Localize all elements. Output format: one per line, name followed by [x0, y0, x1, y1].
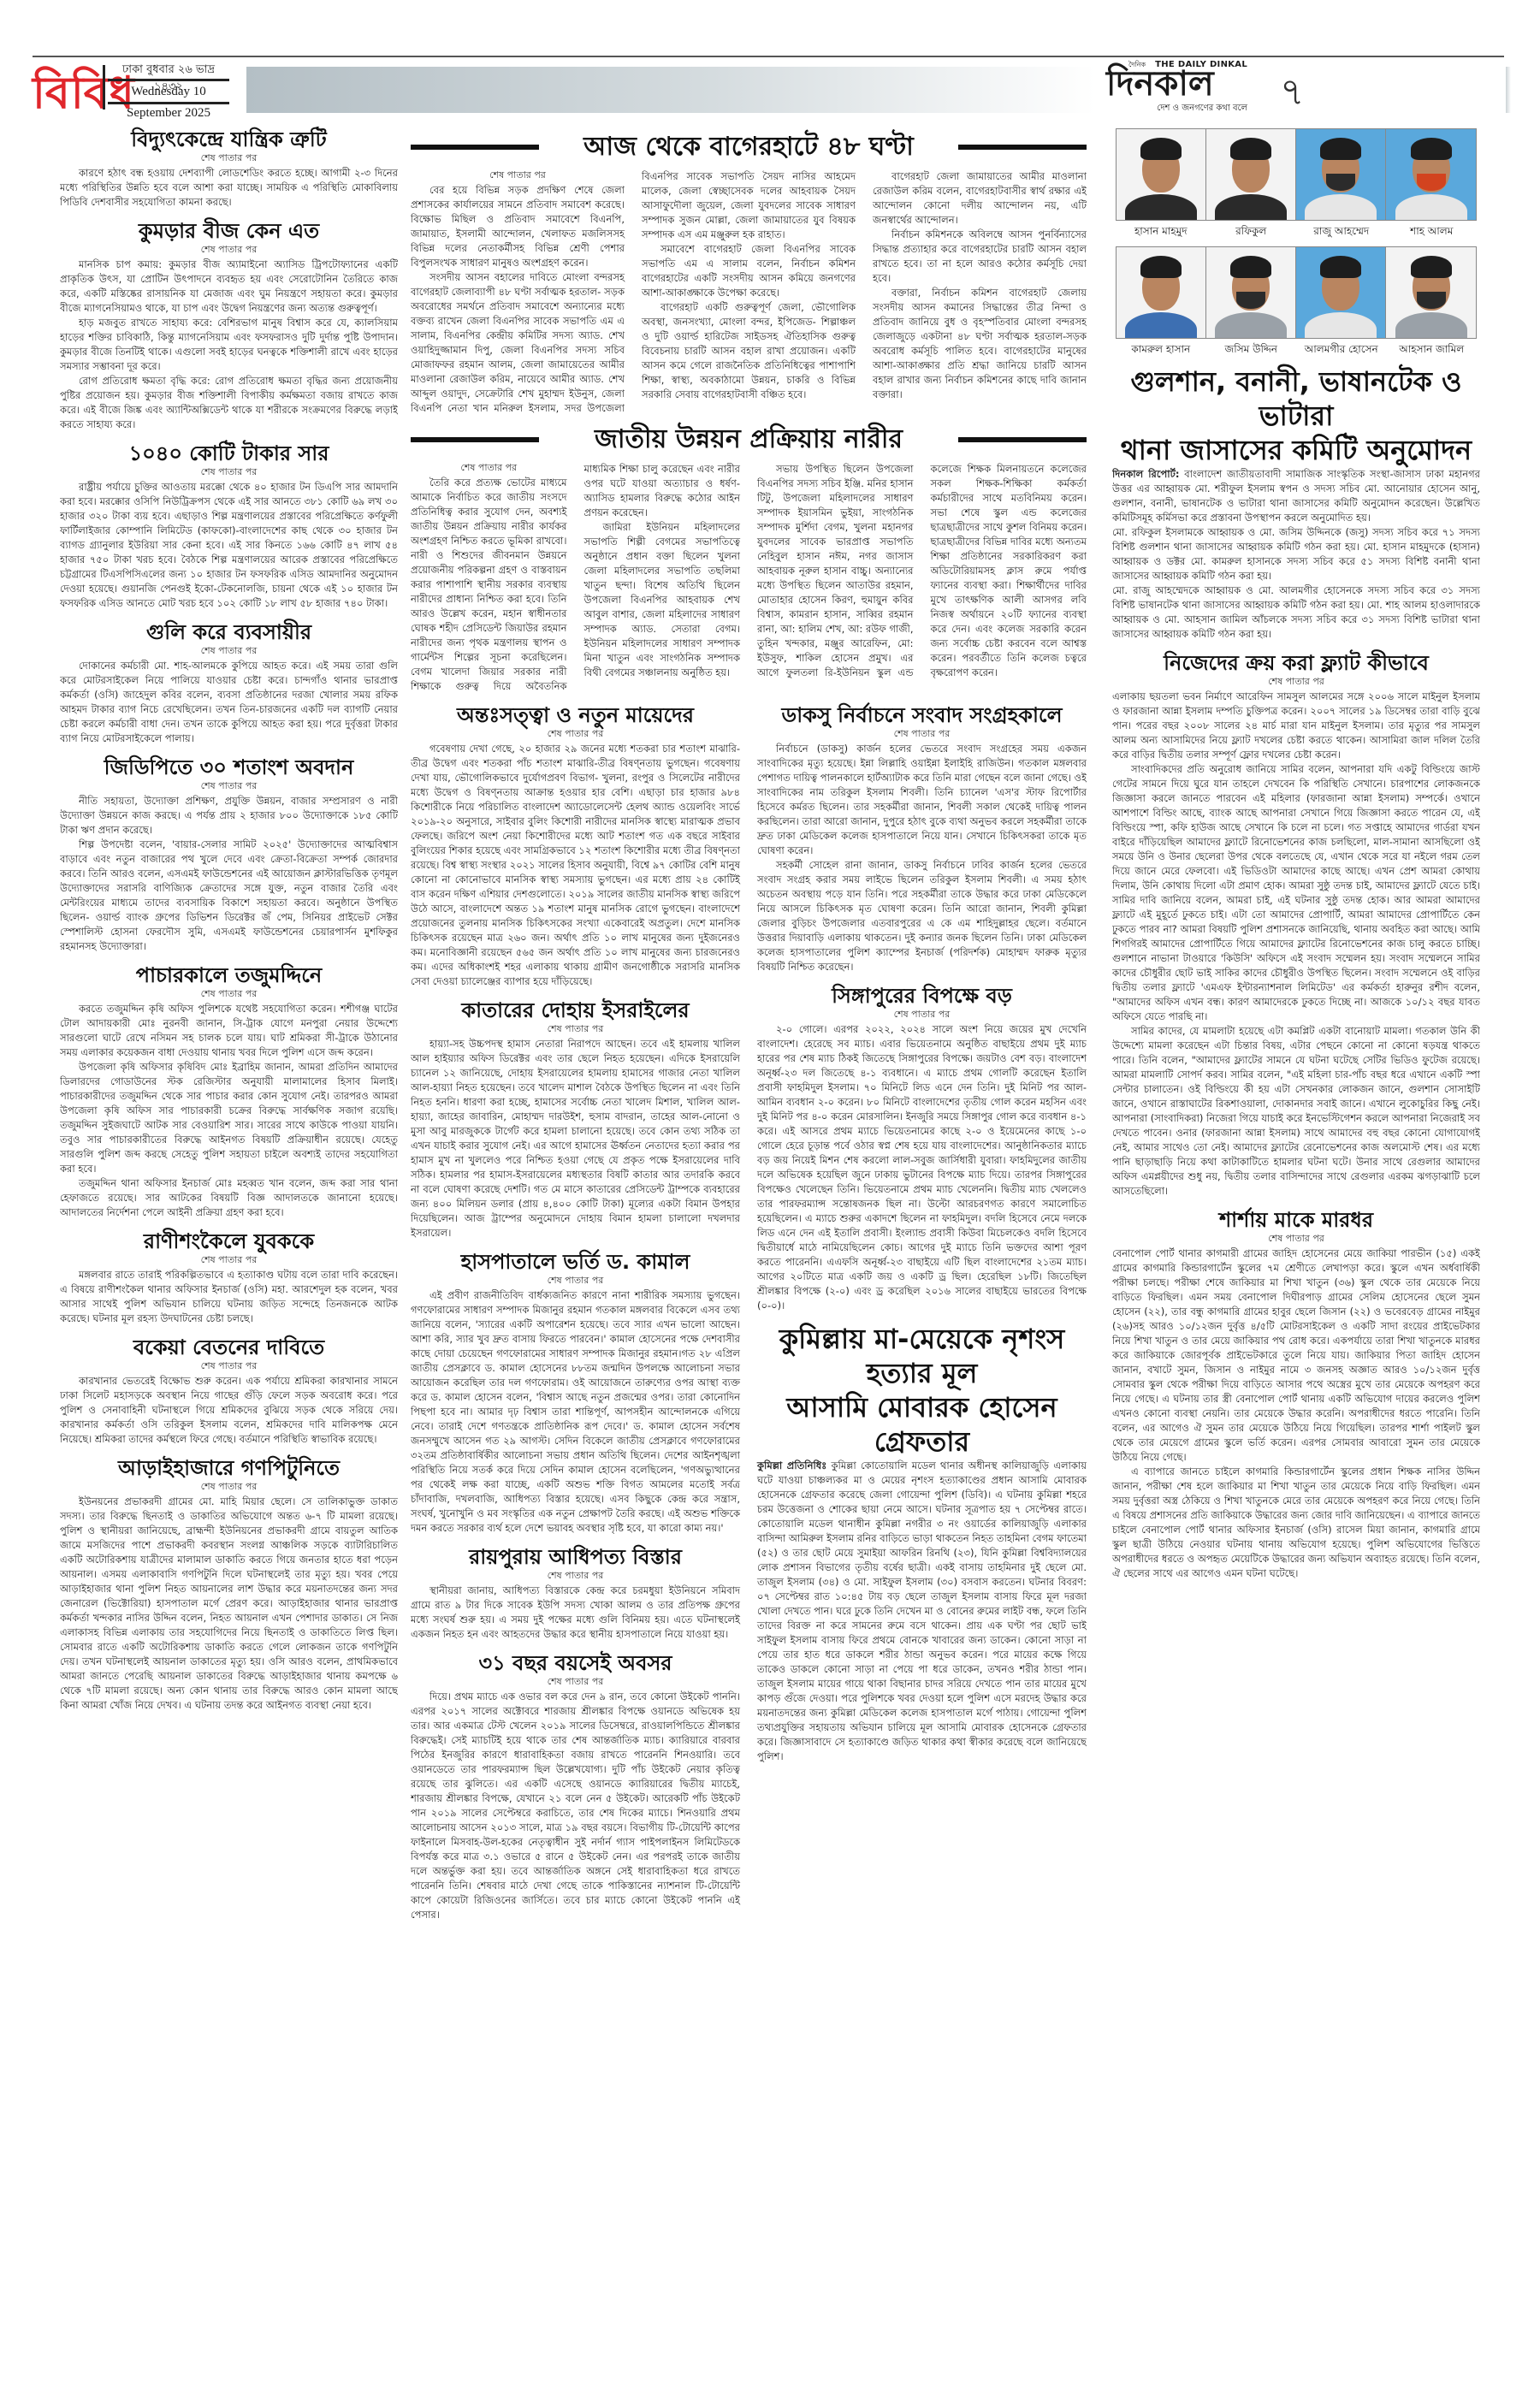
article-body: এলাকায় ছয়তলা ভবন নির্মাণে আরেফিন সামসু…: [1112, 690, 1480, 1199]
photo-caption: রাজু আহম্মেদ: [1296, 224, 1387, 241]
portrait-photo: [1386, 129, 1476, 220]
continued-label: শেষ পাতার পর: [411, 1023, 740, 1035]
story-ducsu: ডাকসু নির্বাচনে সংবাদ সংগ্রহকালে শেষ পাত…: [757, 702, 1087, 974]
story-left-4: জিডিপিতে ৩০ শতাংশ অবদানশেষ পাতার পরনীতি …: [60, 755, 398, 954]
headline: ৩১ বছর বয়সেই অবসর: [411, 1650, 740, 1676]
photo-caption: হাসান মাহমুদ: [1116, 224, 1206, 241]
paragraph: মো. রাজু আহম্মেদকে আহ্বায়ক ও মো. আলমগীর…: [1112, 583, 1480, 642]
headline: গুলশান, বনানী, ভাষানটেক ও ভাটারা থানা জা…: [1112, 364, 1480, 467]
paragraph: করতে তজুমদ্দিন কৃষি অফিস পুলিশকে যথেষ্ট …: [60, 1002, 398, 1060]
headline: কুমড়ার বীজ কেন এত: [60, 218, 398, 244]
story-comilla-murder: কুমিল্লায় মা-মেয়েকে নৃশংস হত্যার মূল আ…: [757, 1322, 1087, 1764]
story-flat-dispute: নিজেদের ক্রয় করা ফ্ল্যাট কীভাবে শেষ পাত…: [1112, 650, 1480, 1199]
page-number: ৭: [1280, 63, 1305, 126]
headline: রায়পুরায় আধিপত্য বিস্তার: [411, 1544, 740, 1570]
headline-rule: [411, 145, 539, 150]
paragraph: কারণে হঠাৎ বন্ধ হওয়ায় দেশব্যাপী লোডশেড…: [60, 166, 398, 210]
headline: পাচারকালে তজুমদ্দিনে: [60, 962, 398, 988]
story-left-8: আড়াইহাজারে গণপিটুনিতেশেষ পাতার পরইউনয়ন…: [60, 1455, 398, 1713]
headline: বকেয়া বেতনের দাবিতে: [60, 1335, 398, 1360]
paragraph: দোকানের কর্মচারী মো. শাহ-আলমকে কুপিয়ে আ…: [60, 659, 398, 746]
continued-label: শেষ পাতার পর: [60, 988, 398, 1000]
story-qatar: কাতারের দোহায় ইসরাইলের শেষ পাতার পর হায…: [411, 998, 740, 1240]
header-band: [246, 67, 1095, 113]
masthead: বিবিধ ঢাকা বুধবার ২৬ ভাদ্র ১৪৩২ Wednesda…: [33, 62, 1507, 115]
continued-label: শেষ পাতার পর: [1112, 1233, 1480, 1245]
article-body: নির্বাচনে (ডাকসু) কার্জন হলের ভেতরে সংবা…: [757, 742, 1087, 974]
portrait-photo: [1116, 247, 1206, 338]
story-left-3: গুলি করে ব্যবসায়ীরশেষ পাতার পরদোকানের ক…: [60, 619, 398, 746]
paragraph: এ ব্যাপারে জানতে চাইলে কাগমারি কিন্ডারগা…: [1112, 1465, 1480, 1581]
page-edge-band: [1506, 67, 1511, 113]
article-body: মানসিক চাপ কমায়: কুমড়ার বীজ অ্যামাইনো …: [60, 258, 398, 432]
headline-rule: [958, 145, 1087, 150]
paragraph: সাংবাদিকদের প্রতি অনুরোধ জানিয়ে সামির ব…: [1112, 762, 1480, 1024]
story-left-5: পাচারকালে তজুমদ্দিনেশেষ পাতার পরকরতে তজু…: [60, 962, 398, 1220]
portrait-photo: [1206, 247, 1296, 338]
story-jasas-committee: গুলশান, বনানী, ভাষানটেক ও ভাটারা থানা জা…: [1112, 364, 1480, 642]
story-pregnant-mothers: অন্তঃসত্ত্বা ও নতুন মায়েদের শেষ পাতার প…: [411, 702, 740, 989]
paragraph: হাড় মজবুত রাখতে সাহায্য করে: বেশিরভাগ ম…: [60, 316, 398, 374]
paragraph: গবেষণায় দেখা গেছে, ২০ হাজার ২৯ জনের মধ্…: [411, 742, 740, 989]
photo-captions-bottom: কামরুল হাসানজসিম উদ্দিনআলমগীর হোসেনআহসান…: [1116, 342, 1477, 359]
headline: সিঙ্গাপুরের বিপক্ষে বড়: [757, 983, 1087, 1009]
paragraph: বাগেরহাট জেলা জামায়াতের আমীর মাওলানা রে…: [873, 169, 1087, 228]
continued-label: শেষ পাতার পর: [60, 466, 398, 478]
headline: কাতারের দোহায় ইসরাইলের: [411, 998, 740, 1023]
article-body: বেনাপোল পোর্ট থানার কাগমারী গ্রামের জাহি…: [1112, 1246, 1480, 1581]
paragraph: রোগ প্রতিরোধ ক্ষমতা বৃদ্ধি করে: রোগ প্রত…: [60, 374, 398, 432]
headline: নিজেদের ক্রয় করা ফ্ল্যাট কীভাবে: [1112, 650, 1480, 676]
headline: হাসপাতালে ভর্তি ড. কামাল: [411, 1249, 740, 1275]
paragraph: এই প্রবীণ রাজনীতিবিদ বার্ধক্যজনিত কারণে …: [411, 1288, 740, 1536]
logo-tagline: দেশ ও জনগণের কথা বলে: [1157, 102, 1247, 116]
paragraph: এলাকায় ছয়তলা ভবন নির্মাণে আরেফিন সামসু…: [1112, 690, 1480, 762]
continued-label: শেষ পাতার পর: [757, 728, 1087, 740]
continued-label: শেষ পাতার পর: [60, 645, 398, 657]
paragraph: ২-০ গোলে। এরপর ২০২২, ২০২৪ সালে অংশ নিয়ে…: [757, 1022, 1087, 1313]
paragraph: মো. রফিকুল ইসলামকে আহ্বায়ক ও মো. জসিম উ…: [1112, 525, 1480, 583]
article-body: শেষ পাতার পর বের হয়ে বিভিন্ন সড়ক প্রদক…: [411, 169, 1087, 416]
article-body: হায়্যা-সহ উচ্চপদস্থ হামাস নেতারা নিরাপদ…: [411, 1037, 740, 1240]
paragraph: মানসিক চাপ কমায়: কুমড়ার বীজ অ্যামাইনো …: [60, 258, 398, 316]
headline: কুমিল্লায় মা-মেয়েকে নৃশংস হত্যার মূল আ…: [757, 1322, 1087, 1459]
paragraph: ইউনয়নের প্রভাকরদী গ্রামের মো. মাহি মিয়…: [60, 1495, 398, 1713]
article-body: দোকানের কর্মচারী মো. শাহ-আলমকে কুপিয়ে আ…: [60, 659, 398, 746]
article-body: দিনকাল রিপোর্ট: বাংলাদেশ জাতীয়তাবাদী সা…: [1112, 467, 1480, 642]
paragraph: সভায় উপস্থিত ছিলেন উপজেলা বিএনপির সদস্য…: [757, 462, 1087, 694]
headline-line: গুলশান, বনানী, ভাষানটেক ও ভাটারা: [1130, 365, 1461, 432]
continued-label: শেষ পাতার পর: [411, 169, 625, 181]
headline: আজ থেকে বাগেরহাটে ৪৮ ঘণ্টা: [551, 132, 946, 163]
story-kamal-hospital: হাসপাতালে ভর্তি ড. কামাল শেষ পাতার পর এই…: [411, 1249, 740, 1536]
top-rule: [33, 56, 1504, 57]
portrait-photo: [1206, 129, 1296, 220]
paragraph: সমাবেশে বাগেরহাট জেলা বিএনপির সাবেক সভাপ…: [642, 242, 856, 300]
continued-label: শেষ পাতার পর: [60, 244, 398, 256]
headline: ১০৪০ কোটি টাকার সার: [60, 441, 398, 466]
date-box: ঢাকা বুধবার ২৬ ভাদ্র ১৪৩২ Wednesday 10 S…: [108, 62, 229, 104]
paragraph: বের হয়ে বিভিন্ন সড়ক প্রদক্ষিণ শেষে জেল…: [411, 183, 625, 270]
masthead-divider: [103, 65, 105, 110]
story-singapore: সিঙ্গাপুরের বিপক্ষে বড় শেষ পাতার পর ২-০…: [757, 983, 1087, 1313]
photo-caption: শাহ আলম: [1387, 224, 1478, 241]
photo-caption: আহসান জামিল: [1387, 342, 1478, 359]
continued-label: শেষ পাতার পর: [411, 1275, 740, 1287]
paragraph: হায়্যা-সহ উচ্চপদস্থ হামাস নেতারা নিরাপদ…: [411, 1037, 740, 1240]
paragraph: উপজেলা কৃষি অফিসার কৃষিবিদ মোঃ ইব্রাহিম …: [60, 1060, 398, 1176]
article-body: শেষ পাতার পর তৈরি করে প্রত্যক্ষ ভোটের মা…: [411, 462, 1087, 694]
headline-line: আসামি মোবারক হোসেন গ্রেফতার: [786, 1391, 1057, 1458]
logo-wordmark: দিনকাল: [1106, 65, 1214, 103]
paragraph: নীতি সহায়তা, উদ্যোক্তা প্রশিক্ষণ, প্রযু…: [60, 794, 398, 838]
photo-captions-top: হাসান মাহমুদরফিকুলরাজু আহম্মেদশাহ আলম: [1116, 224, 1477, 241]
headline: অন্তঃসত্ত্বা ও নতুন মায়েদের: [411, 702, 740, 728]
paragraph: বক্তারা, নির্বাচন কমিশন বাগেরহাট জেলায় …: [873, 286, 1087, 402]
portrait-photo: [1116, 129, 1206, 220]
continued-label: শেষ পাতার পর: [411, 1676, 740, 1688]
continued-label: শেষ পাতার পর: [411, 728, 740, 740]
story-left-1: কুমড়ার বীজ কেন এতশেষ পাতার পরমানসিক চাপ…: [60, 218, 398, 432]
continued-label: শেষ পাতার পর: [757, 1009, 1087, 1021]
headline: শার্শায় মাকে মারধর: [1112, 1207, 1480, 1233]
byline: কুমিল্লা প্রতিনিধিঃ: [757, 1459, 826, 1471]
article-body: কুমিল্লা প্রতিনিধিঃ কুমিল্লা কোতোয়ালি ম…: [757, 1459, 1087, 1764]
right-column: হাসান মাহমুদরফিকুলরাজু আহম্মেদশাহ আলম কা…: [1112, 127, 1480, 2368]
headline: বিদ্যুৎকেন্দ্রে যান্ত্রিক ত্রুটি: [60, 127, 398, 152]
article-body: দিয়ে। প্রথম ম্যাচে এক ওভার বল করে দেন ৯…: [411, 1690, 740, 1922]
paragraph: সহকর্মী সোহেল রানা জানান, ডাকসু নির্বাচন…: [757, 858, 1087, 974]
continued-label: শেষ পাতার পর: [60, 1254, 398, 1266]
headline: ডাকসু নির্বাচনে সংবাদ সংগ্রহকালে: [757, 702, 1087, 728]
paragraph: কারখানার ভেতরেই বিক্ষোভ শুরু করেন। এক পর…: [60, 1374, 398, 1447]
date-bengali: ঢাকা বুধবার ২৬ ভাদ্র ১৪৩২: [108, 62, 229, 79]
paragraph: শিল্প উপদেষ্টা বলেন, 'বায়ার-সেলার সামিট…: [60, 838, 398, 954]
article-body: স্থানীয়রা জানায়, আধিপত্য বিস্তারকে কেন…: [411, 1584, 740, 1642]
paragraph: স্থানীয়রা জানায়, আধিপত্য বিস্তারকে কেন…: [411, 1584, 740, 1642]
story-bagerhat: আজ থেকে বাগেরহাটে ৪৮ ঘণ্টা শেষ পাতার পর …: [411, 132, 1087, 416]
continued-label: শেষ পাতার পর: [60, 1360, 398, 1372]
headline: আড়াইহাজারে গণপিটুনিতে: [60, 1455, 398, 1481]
article-body: কারণে হঠাৎ বন্ধ হওয়ায় দেশব্যাপী লোডশেড…: [60, 166, 398, 210]
continued-label: শেষ পাতার পর: [60, 152, 398, 164]
left-column: বিদ্যুৎকেন্দ্রে যান্ত্রিক ত্রুটিশেষ পাতা…: [60, 127, 398, 2368]
portrait-photo: [1296, 247, 1386, 338]
headline-line: থানা জাসাসের কমিটি অনুমোদন: [1121, 434, 1472, 466]
date-english: Wednesday 10 September 2025: [108, 79, 229, 104]
story-raipura: রায়পুরায় আধিপত্য বিস্তার শেষ পাতার পর …: [411, 1544, 740, 1642]
paragraph: নির্বাচনে (ডাকসু) কার্জন হলের ভেতরে সংবা…: [757, 742, 1087, 858]
middle-column: আজ থেকে বাগেরহাটে ৪৮ ঘণ্টা শেষ পাতার পর …: [411, 127, 1087, 2368]
headline-line: কুমিল্লায় মা-মেয়েকে নৃশংস হত্যার মূল: [779, 1323, 1064, 1389]
headline-rule: [411, 437, 539, 442]
headline: জিডিপিতে ৩০ শতাংশ অবদান: [60, 755, 398, 780]
photo-grid-top: [1116, 128, 1477, 221]
portrait-photo: [1296, 129, 1386, 220]
portrait-photo: [1386, 247, 1476, 338]
paragraph: কুমিল্লা কোতোয়ালি মডেল থানার অধীনস্থ কা…: [757, 1459, 1087, 1762]
photo-caption: জসিম উদ্দিন: [1206, 342, 1297, 359]
article-body: করতে তজুমদ্দিন কৃষি অফিস পুলিশকে যথেষ্ট …: [60, 1002, 398, 1220]
paragraph: বাগেরহাট একটি গুরুত্বপূর্ণ জেলা, ভৌগোলিক…: [642, 300, 856, 402]
continued-label: শেষ পাতার পর: [1112, 676, 1480, 688]
story-left-2: ১০৪০ কোটি টাকার সারশেষ পাতার পররাষ্ট্রীয…: [60, 441, 398, 611]
paragraph: বেনাপোল পোর্ট থানার কাগমারী গ্রামের জাহি…: [1112, 1246, 1480, 1465]
article-body: এই প্রবীণ রাজনীতিবিদ বার্ধক্যজনিত কারণে …: [411, 1288, 740, 1536]
headline: গুলি করে ব্যবসায়ীর: [60, 619, 398, 645]
continued-label: শেষ পাতার পর: [60, 1481, 398, 1493]
article-body: কারখানার ভেতরেই বিক্ষোভ শুরু করেন। এক পর…: [60, 1374, 398, 1447]
photo-caption: কামরুল হাসান: [1116, 342, 1206, 359]
story-left-0: বিদ্যুৎকেন্দ্রে যান্ত্রিক ত্রুটিশেষ পাতা…: [60, 127, 398, 210]
newspaper-logo: দৈনিক THE DAILY DINKAL দিনকাল দেশ ও জনগণ…: [1106, 60, 1247, 116]
continued-label: শেষ পাতার পর: [411, 1570, 740, 1582]
story-women-development: জাতীয় উন্নয়ন প্রক্রিয়ায় নারীর শেষ পা…: [411, 424, 1087, 694]
story-retirement: ৩১ বছর বয়সেই অবসর শেষ পাতার পর দিয়ে। প…: [411, 1650, 740, 1922]
paragraph: জামিরা ইউনিয়ন মহিলাদলের সভাপতি শিল্পী ব…: [584, 520, 741, 680]
article-body: গবেষণায় দেখা গেছে, ২০ হাজার ২৯ জনের মধ্…: [411, 742, 740, 989]
article-body: রাষ্ট্রীয় পর্যায়ে চুক্তির আওতায় মরক্ক…: [60, 480, 398, 611]
paragraph: দিয়ে। প্রথম ম্যাচে এক ওভার বল করে দেন ৯…: [411, 1690, 740, 1922]
headline-rule: [958, 437, 1087, 442]
article-body: ইউনয়নের প্রভাকরদী গ্রামের মো. মাহি মিয়…: [60, 1495, 398, 1713]
photo-grid-bottom: [1116, 246, 1477, 339]
paragraph: নির্বাচন কমিশনকে অবিলম্বে আসন পুনর্বিন্য…: [873, 228, 1087, 286]
story-sharsha: শার্শায় মাকে মারধর শেষ পাতার পর বেনাপোল…: [1112, 1207, 1480, 1581]
story-left-6: রাণীশংকৈলে যুবককেশেষ পাতার পরমঙ্গলবার রা…: [60, 1229, 398, 1326]
paragraph: মঙ্গলবার রাতে তারাই পরিকল্পিতভাবে এ হত্য…: [60, 1268, 398, 1326]
paragraph: সামির কাদের, যে মামলাটা হয়েছে এটা কমপ্ল…: [1112, 1024, 1480, 1199]
headline: জাতীয় উন্নয়ন প্রক্রিয়ায় নারীর: [551, 424, 946, 455]
continued-label: শেষ পাতার পর: [60, 780, 398, 792]
continued-label: শেষ পাতার পর: [411, 462, 567, 474]
article-body: নীতি সহায়তা, উদ্যোক্তা প্রশিক্ষণ, প্রযু…: [60, 794, 398, 954]
article-body: মঙ্গলবার রাতে তারাই পরিকল্পিতভাবে এ হত্য…: [60, 1268, 398, 1326]
photo-caption: আলমগীর হোসেন: [1296, 342, 1387, 359]
paragraph: রাষ্ট্রীয় পর্যায়ে চুক্তির আওতায় মরক্ক…: [60, 480, 398, 611]
paragraph: তজুমদ্দিন থানা অফিসার ইনচার্জ মোঃ মহব্বত…: [60, 1176, 398, 1220]
photo-caption: রফিকুল: [1206, 224, 1297, 241]
headline: রাণীশংকৈলে যুবককে: [60, 1229, 398, 1254]
story-left-7: বকেয়া বেতনের দাবিতেশেষ পাতার পরকারখানার…: [60, 1335, 398, 1447]
byline: দিনকাল রিপোর্ট:: [1112, 468, 1179, 480]
article-body: ২-০ গোলে। এরপর ২০২২, ২০২৪ সালে অংশ নিয়ে…: [757, 1022, 1087, 1313]
